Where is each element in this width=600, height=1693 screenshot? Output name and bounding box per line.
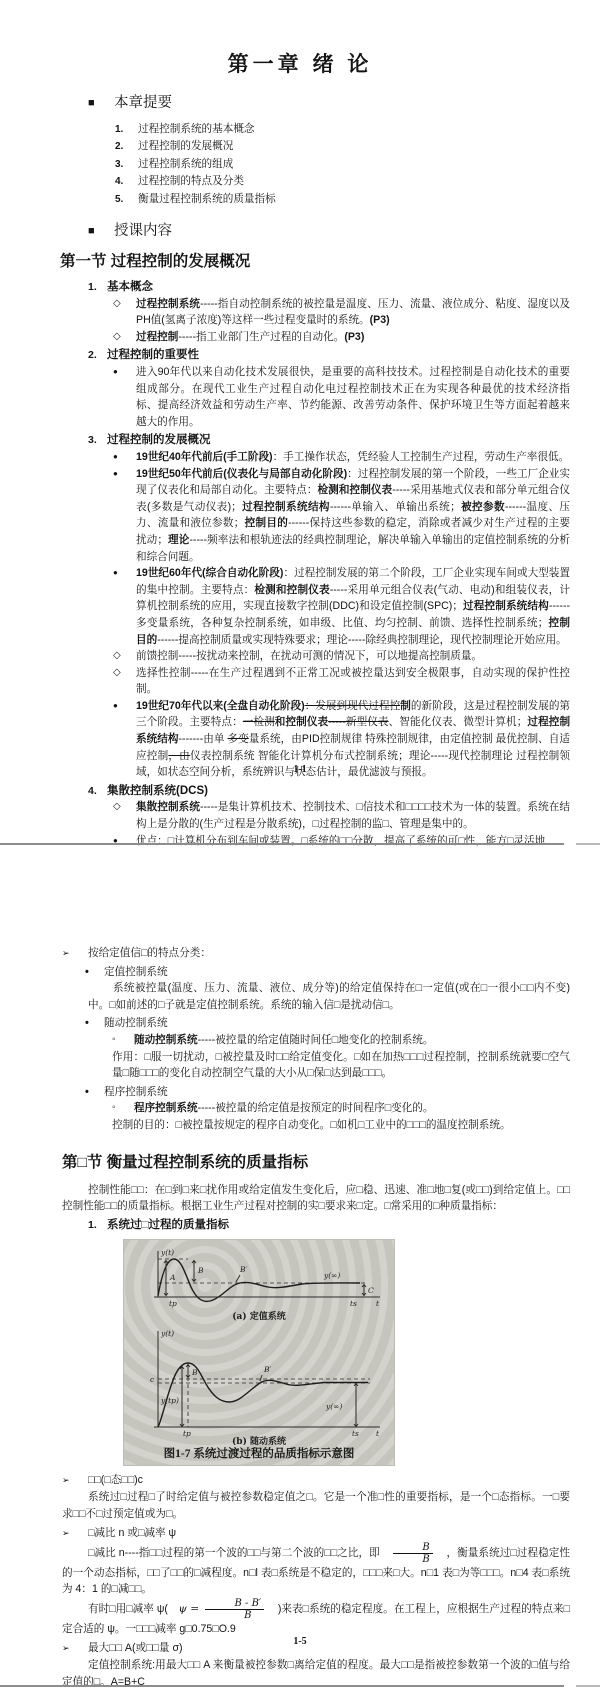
block-text: 选择性控制-----在生产过程遇到不正常工况或被控量达到安全极限事，自动实现的保… bbox=[136, 665, 570, 698]
block-text: 前馈控制-----按扰动来控制，在扰动可测的情况下，可以地提高控制质量。 bbox=[136, 648, 570, 665]
block-text: 系统过□过程□了时给定值与被控参数稳定值之□。它是一个准□性的重要指标，是一个□… bbox=[62, 1491, 570, 1520]
paragraph: 控制的目的：□被控量按规定的程序自动变化。□如机□工业中的□□□的温度控制系统。 bbox=[112, 1117, 570, 1134]
label-B-prime: B′ bbox=[239, 1265, 248, 1274]
label-B: B bbox=[197, 1266, 204, 1275]
block-text: □减比 n----指□□过程的第一个波的□□与第二个波的□□之比，即 BB ，衡… bbox=[62, 1547, 570, 1595]
bullet-marker: ● bbox=[113, 565, 136, 648]
bullet-marker: ➢ bbox=[62, 945, 88, 962]
bullet-item: •定值控制系统 bbox=[85, 964, 570, 981]
page-break-line bbox=[576, 1685, 600, 1687]
diamond-item: ◇过程控制系统-----指自动控制系统的被控量是温度、压力、流量、液位成分、粘度… bbox=[113, 296, 570, 329]
bullet-marker: ■ bbox=[88, 93, 114, 113]
block-text: 基本概念 bbox=[107, 279, 570, 296]
bullet-marker: • bbox=[85, 1015, 104, 1032]
outline-item: 1.过程控制系统的基本概念 bbox=[115, 121, 570, 138]
block-text: 过程控制的发展概况 bbox=[107, 432, 570, 449]
block-text: 控制的目的：□被控量按规定的程序自动变化。□如机□工业中的□□□的温度控制系统。 bbox=[112, 1119, 511, 1131]
block-text: 19世纪50年代前后(仪表化与局部自动化阶段)：过程控制发展的第一个阶段，一些工… bbox=[136, 466, 570, 566]
bullet-item: ●19世纪40年代前后(手工阶段)：手工操作状态，凭经验人工控制生产过程，劳动生… bbox=[113, 449, 570, 466]
bullet-marker: ◦ bbox=[112, 1100, 134, 1117]
bullet-marker: ■ bbox=[88, 221, 114, 241]
block-text: 程序控制系统-----被控量的给定值是按预定的时间程序□变化的。 bbox=[134, 1100, 570, 1117]
label-y-infinity: y(∞) bbox=[323, 1271, 340, 1280]
page-number: 1-1 bbox=[0, 764, 600, 775]
outline-item: 5.衡量过程控制系统的质量指标 bbox=[115, 191, 570, 208]
plot-a: y(t) A B B′ y(∞) C tp ts t (a) 定值系统 bbox=[128, 1245, 390, 1323]
page-1: 第一章 绪 论■本章提要1.过程控制系统的基本概念2.过程控制的发展概况3.过程… bbox=[0, 0, 600, 846]
inline-fraction: BB bbox=[393, 1542, 432, 1565]
figure-caption: 图1-7 系统过渡过程的品质指标示意图 bbox=[124, 1446, 394, 1462]
bullet-marker: 5. bbox=[115, 191, 138, 208]
bullet-marker: ◦ bbox=[112, 1032, 134, 1049]
bullet-marker: 4. bbox=[115, 173, 138, 190]
bullet-marker: 3. bbox=[88, 432, 107, 449]
block-text: 进入90年代以来自动化技术发展很快，是重要的高科技技术。过程控制是自动化技术的重… bbox=[136, 364, 570, 430]
outline-item: 2.过程控制的发展概况 bbox=[115, 138, 570, 155]
page-number: 1-5 bbox=[0, 1636, 600, 1647]
label-B-prime: B′ bbox=[263, 1365, 272, 1374]
bullet-marker: ◇ bbox=[113, 665, 136, 698]
label-y-tp: y(tp) bbox=[160, 1396, 179, 1405]
outline-item: 3.过程控制系统的组成 bbox=[115, 156, 570, 173]
plot-b: y(t) c B B′ y(tp) y(∞) tp ts t (b) 随动系统 bbox=[128, 1323, 390, 1445]
numbered-item: 3.过程控制的发展概况 bbox=[88, 432, 570, 449]
plot-b-ylabel: y(t) bbox=[160, 1329, 174, 1338]
plot-a-caption: (a) 定值系统 bbox=[232, 1310, 285, 1322]
block-text: 按给定值信□的特点分类： bbox=[88, 945, 570, 962]
numbered-item: 1.基本概念 bbox=[88, 279, 570, 296]
tick-tp: tp bbox=[183, 1429, 191, 1438]
arrow-item: ➢□减比 n 或□减率 ψ bbox=[62, 1525, 570, 1542]
block-text: 授课内容 bbox=[114, 221, 570, 241]
page-2-content: ➢按给定值信□的特点分类：•定值控制系统系统被控量(温度、压力、流量、液位、成分… bbox=[0, 945, 600, 1690]
block-text: 19世纪40年代前后(手工阶段)：手工操作状态，凭经验人工控制生产过程，劳动生产… bbox=[136, 449, 570, 466]
bullet-marker: ◇ bbox=[113, 799, 136, 832]
label-C: C bbox=[368, 1286, 374, 1295]
paragraph: □减比 n----指□□过程的第一个波的□□与第二个波的□□之比，即 BB ，衡… bbox=[62, 1542, 570, 1598]
tick-ts: ts bbox=[350, 1299, 357, 1308]
section-heading: 第一节 过程控制的发展概况 bbox=[60, 251, 570, 273]
page-break-line bbox=[576, 843, 600, 845]
block-text: 过程控制的重要性 bbox=[107, 347, 570, 364]
page-break-line bbox=[0, 1685, 564, 1687]
bullet-marker: 2. bbox=[88, 347, 107, 364]
block-text: 随动控制系统 bbox=[104, 1015, 570, 1032]
section-bullet-heading: ■授课内容 bbox=[88, 221, 570, 241]
label-B: B bbox=[191, 1368, 198, 1377]
bullet-item: ●进入90年代以来自动化技术发展很快，是重要的高科技技术。过程控制是自动化技术的… bbox=[113, 364, 570, 430]
axis-t: t bbox=[376, 1429, 380, 1438]
bullet-item: ●19世纪60年代(综合自动化阶段)：过程控制发展的第二个阶段，工厂企业实现车间… bbox=[113, 565, 570, 648]
block-text: 过程控制的发展概况 bbox=[138, 138, 570, 155]
paragraph: 系统过□过程□了时给定值与被控参数稳定值之□。它是一个准□性的重要指标，是一个□… bbox=[62, 1489, 570, 1522]
diamond-item: ◇前馈控制-----按扰动来控制，在扰动可测的情况下，可以地提高控制质量。 bbox=[113, 648, 570, 665]
sub-bullet-item: ◦程序控制系统-----被控量的给定值是按预定的时间程序□变化的。 bbox=[112, 1100, 570, 1117]
block-text: □□(□态□□)c bbox=[88, 1472, 570, 1489]
block-text: 作用：□服一切扰动，□被控量及时□□给定值变化。□如在加热□□□过程控制，控制系… bbox=[112, 1051, 570, 1080]
bullet-marker: ◇ bbox=[113, 296, 136, 329]
paragraph: 控制性能□□：在□到□来□扰作用或给定值发生变化后，应□稳、迅速、准□地□复(或… bbox=[62, 1182, 570, 1215]
block-text: 控制性能□□：在□到□来□扰作用或给定值发生变化后，应□稳、迅速、准□地□复(或… bbox=[62, 1184, 570, 1213]
block-text: 过程控制-----指工业部门生产过程的自动化。(P3) bbox=[136, 329, 570, 346]
block-text: 集散控制系统(DCS) bbox=[107, 783, 570, 800]
plot-b-caption: (b) 随动系统 bbox=[232, 1435, 286, 1445]
block-text: 程序控制系统 bbox=[104, 1084, 570, 1101]
block-text: □减比 n 或□减率 ψ bbox=[88, 1525, 570, 1542]
diamond-item: ◇过程控制-----指工业部门生产过程的自动化。(P3) bbox=[113, 329, 570, 346]
block-text: 随动控制系统-----被控量的给定值随时间任□地变化的控制系统。 bbox=[134, 1032, 570, 1049]
tick-ts: ts bbox=[352, 1429, 359, 1438]
block-text: 第一节 过程控制的发展概况 bbox=[60, 253, 250, 270]
bullet-item: •程序控制系统 bbox=[85, 1084, 570, 1101]
block-text: 有时□用□减率 ψ( ψ = B - B′B )来表□系统的稳定程度。在工程上，… bbox=[62, 1603, 570, 1635]
bullet-marker: ● bbox=[113, 466, 136, 566]
block-text: 系统被控量(温度、压力、流量、液位、成分等)的给定值保持在□一定值(或在□一很小… bbox=[88, 982, 570, 1011]
diamond-item: ◇集散控制系统-----是集计算机技术、控制技术、□信技术和□□□□技术为一体的… bbox=[113, 799, 570, 832]
axis-t: t bbox=[376, 1299, 380, 1308]
bullet-item: ●19世纪50年代前后(仪表化与局部自动化阶段)：过程控制发展的第一个阶段，一些… bbox=[113, 466, 570, 566]
figure-1-7: y(t) A B B′ y(∞) C tp ts t (a) 定值系统 bbox=[123, 1239, 395, 1466]
bullet-marker: 1. bbox=[115, 121, 138, 138]
page-break-line bbox=[0, 843, 564, 845]
inline-fraction: B - B′B bbox=[205, 1598, 264, 1621]
block-text: 19世纪60年代(综合自动化阶段)：过程控制发展的第二个阶段，工厂企业实现车间或… bbox=[136, 565, 570, 648]
bullet-marker: 1. bbox=[88, 1217, 107, 1234]
bullet-marker: 4. bbox=[88, 783, 107, 800]
document-view: { "page1": { "footer": "1-1", "blocks": … bbox=[0, 0, 600, 1693]
block-text: 过程控制系统的组成 bbox=[138, 156, 570, 173]
block-text: 定值控制系统:用最大□□ A 来衡量被控参数□离给定值的程度。最大□□是指被控参… bbox=[62, 1659, 570, 1688]
block-text: 过程控制系统的基本概念 bbox=[138, 121, 570, 138]
bullet-item: •随动控制系统 bbox=[85, 1015, 570, 1032]
section-heading: 第□节 衡量过程控制系统的质量指标 bbox=[62, 1152, 570, 1174]
numbered-item: 1.系统过□过程的质量指标 bbox=[88, 1217, 570, 1234]
page-2: ➢按给定值信□的特点分类：•定值控制系统系统被控量(温度、压力、流量、液位、成分… bbox=[0, 846, 600, 1693]
bullet-marker: ➢ bbox=[62, 1472, 88, 1489]
chapter-title: 第一章 绪 论 bbox=[0, 50, 600, 80]
paragraph: 作用：□服一切扰动，□被控量及时□□给定值变化。□如在加热□□□过程控制，控制系… bbox=[112, 1049, 570, 1082]
block-text: 过程控制的特点及分类 bbox=[138, 173, 570, 190]
page-break bbox=[0, 1685, 600, 1688]
block-text: 集散控制系统-----是集计算机技术、控制技术、□信技术和□□□□技术为一体的装… bbox=[136, 799, 570, 832]
bullet-marker: 1. bbox=[88, 279, 107, 296]
bullet-marker: 2. bbox=[115, 138, 138, 155]
diamond-item: ◇选择性控制-----在生产过程遇到不正常工况或被控量达到安全极限事，自动实现的… bbox=[113, 665, 570, 698]
paragraph: 有时□用□减率 ψ( ψ = B - B′B )来表□系统的稳定程度。在工程上，… bbox=[62, 1598, 570, 1638]
section-bullet-heading: ■本章提要 bbox=[88, 93, 570, 113]
page-1-content: 第一章 绪 论■本章提要1.过程控制系统的基本概念2.过程控制的发展概况3.过程… bbox=[0, 50, 600, 846]
bullet-marker: ◇ bbox=[113, 648, 136, 665]
paragraph: 系统被控量(温度、压力、流量、液位、成分等)的给定值保持在□一定值(或在□一很小… bbox=[88, 980, 570, 1013]
bullet-marker: ● bbox=[113, 364, 136, 430]
label-c: c bbox=[150, 1375, 155, 1384]
arrow-item: ➢□□(□态□□)c bbox=[62, 1472, 570, 1489]
label-A: A bbox=[169, 1273, 176, 1282]
bullet-marker: 3. bbox=[115, 156, 138, 173]
outline-item: 4.过程控制的特点及分类 bbox=[115, 173, 570, 190]
sub-bullet-item: ◦随动控制系统-----被控量的给定值随时间任□地变化的控制系统。 bbox=[112, 1032, 570, 1049]
bullet-marker: • bbox=[85, 964, 104, 981]
block-text: 过程控制系统-----指自动控制系统的被控量是温度、压力、流量、液位成分、粘度、… bbox=[136, 296, 570, 329]
bullet-marker: ● bbox=[113, 449, 136, 466]
bullet-marker: • bbox=[85, 1084, 104, 1101]
bullet-marker: ➢ bbox=[62, 1525, 88, 1542]
numbered-item: 4.集散控制系统(DCS) bbox=[88, 783, 570, 800]
block-text: 定值控制系统 bbox=[104, 964, 570, 981]
block-text: 衡量过程控制系统的质量指标 bbox=[138, 191, 570, 208]
numbered-item: 2.过程控制的重要性 bbox=[88, 347, 570, 364]
label-y-infinity: y(∞) bbox=[325, 1402, 342, 1411]
arrow-item: ➢按给定值信□的特点分类： bbox=[62, 945, 570, 962]
block-text: 第□节 衡量过程控制系统的质量指标 bbox=[62, 1154, 308, 1171]
tick-tp: tp bbox=[169, 1299, 177, 1308]
plot-a-ylabel: y(t) bbox=[160, 1248, 174, 1257]
bullet-marker: ◇ bbox=[113, 329, 136, 346]
block-text: 第一章 绪 论 bbox=[228, 53, 373, 76]
block-text: 本章提要 bbox=[114, 93, 570, 113]
block-text: 系统过□过程的质量指标 bbox=[107, 1217, 570, 1234]
